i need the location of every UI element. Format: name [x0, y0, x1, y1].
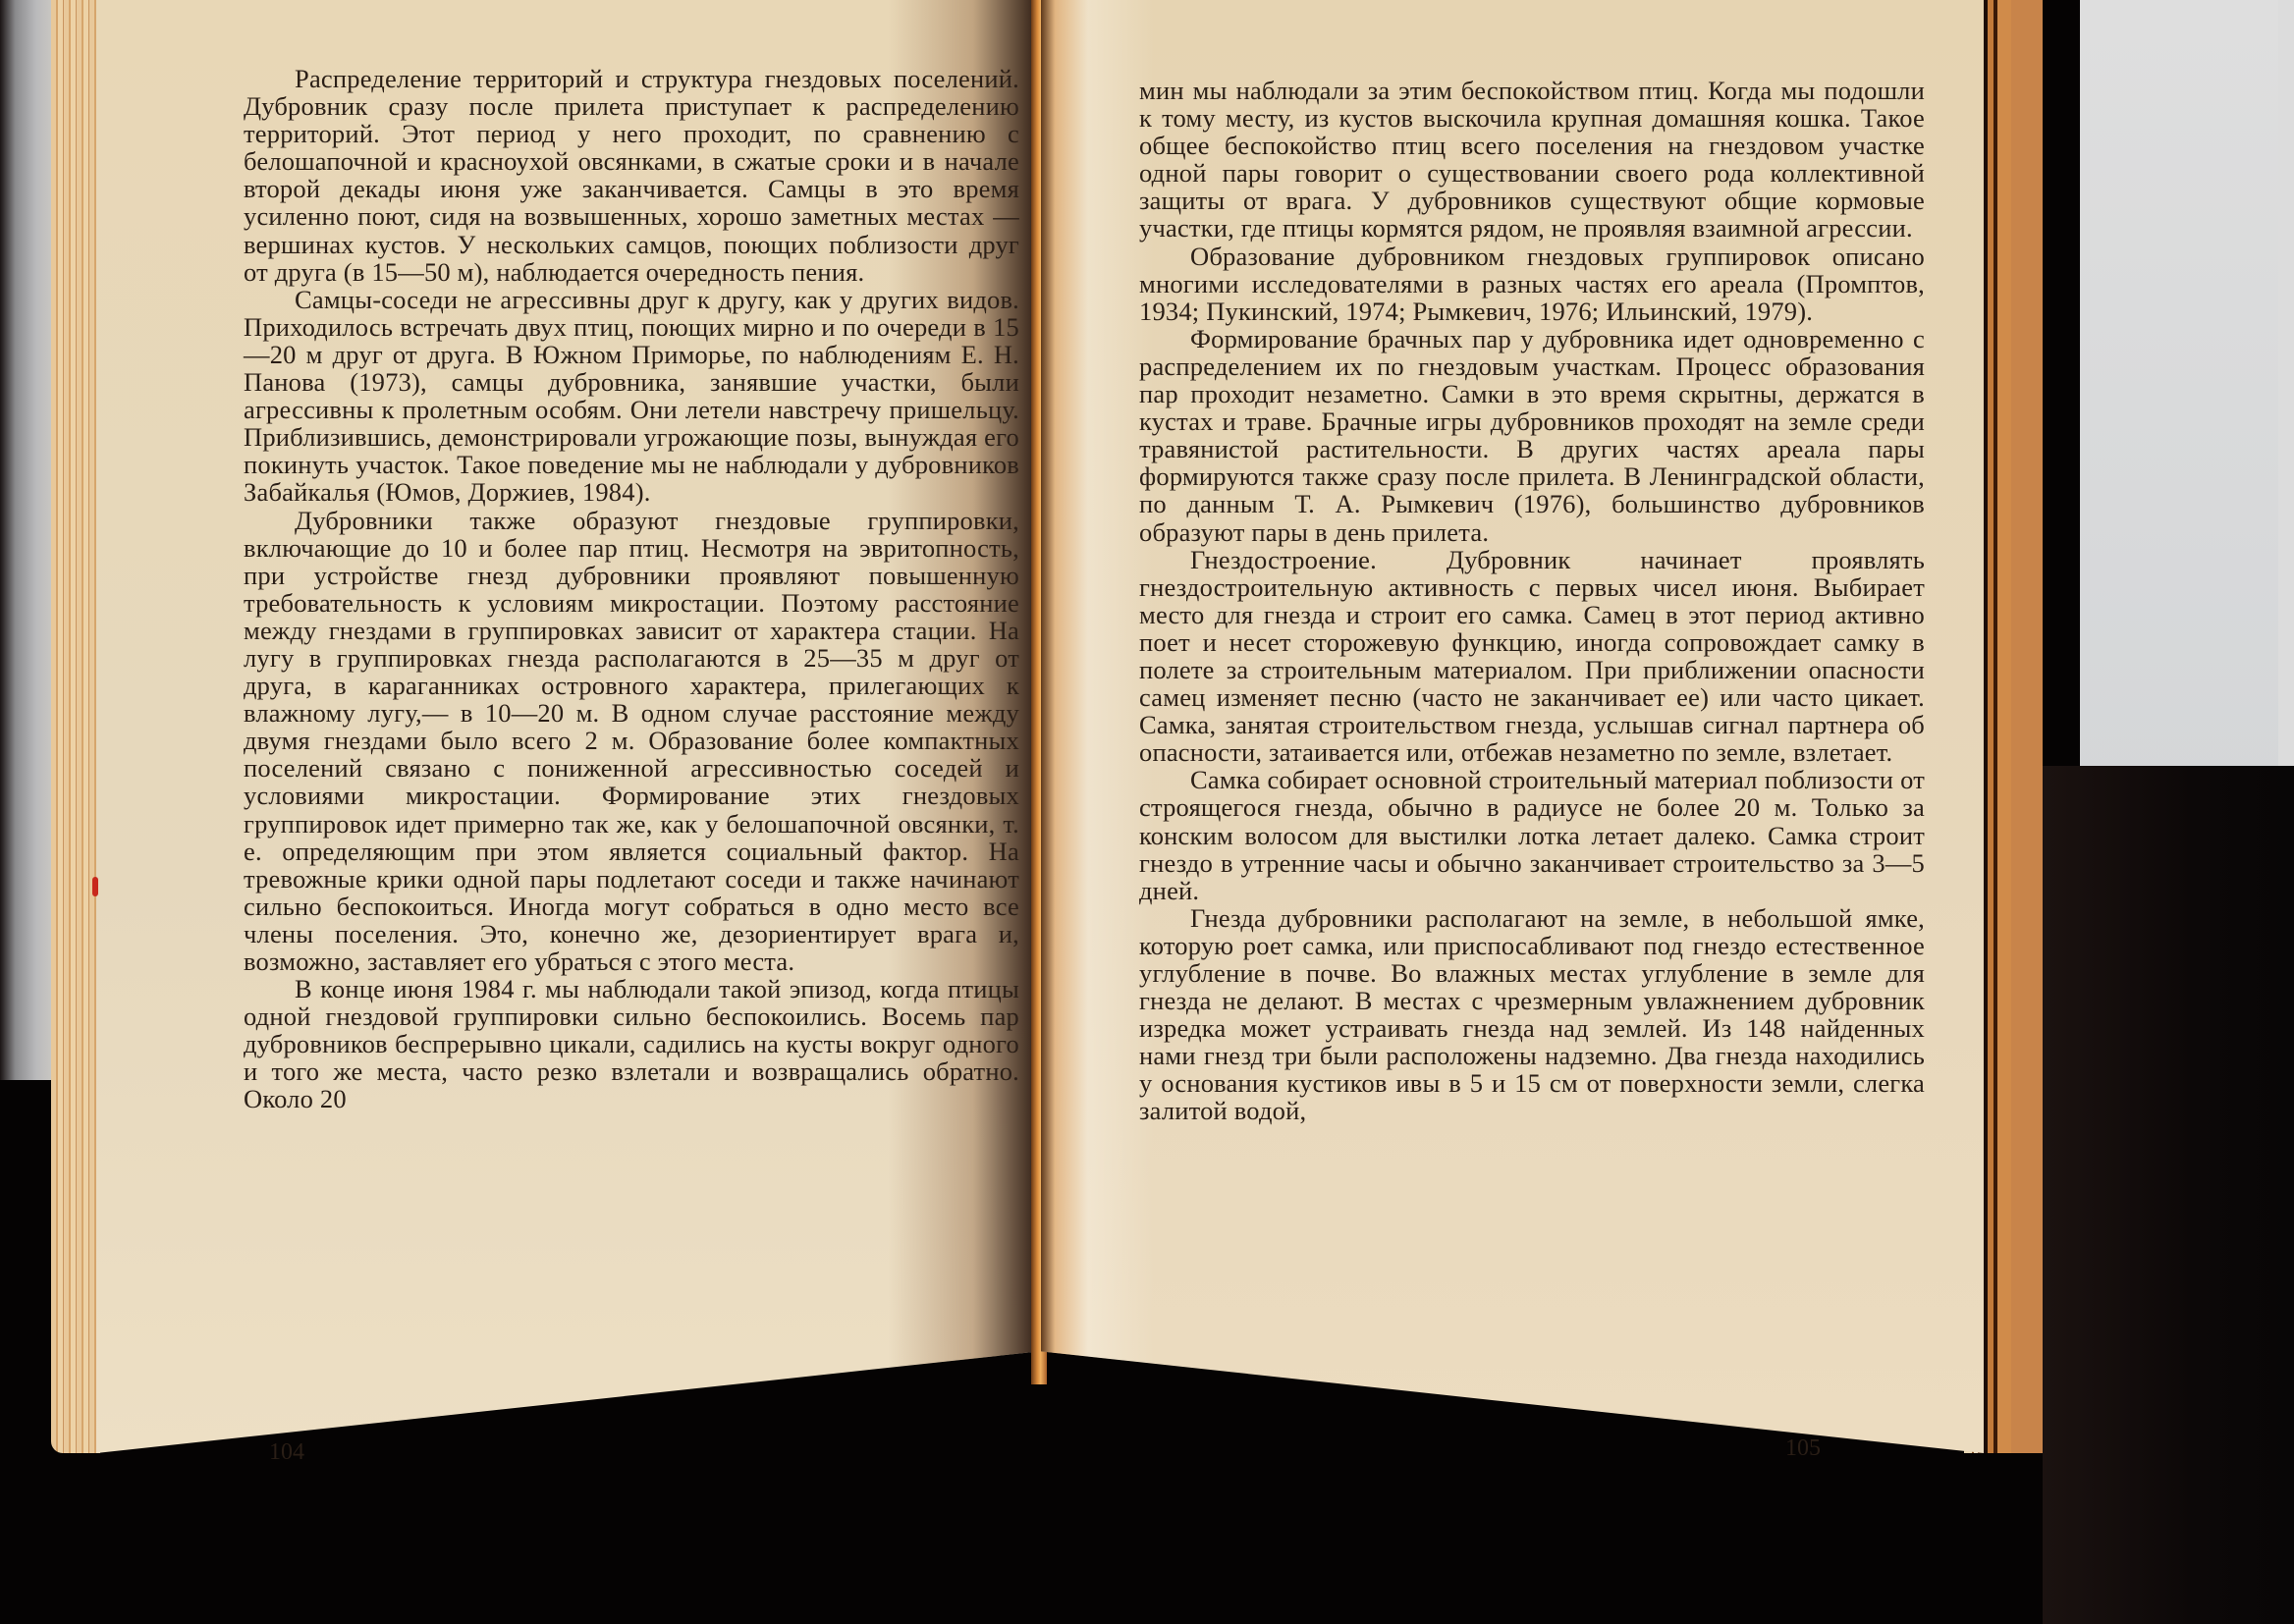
left-page-text: Распределение территорий и структура гне… — [244, 65, 1019, 1113]
left-page: Распределение территорий и структура гне… — [96, 0, 1039, 1453]
page-number-right: 105 — [1785, 1435, 1821, 1462]
paragraph: Формирование брачных пар у дубровника ид… — [1139, 325, 1925, 546]
right-page-text: мин мы наблюдали за этим беспокойством п… — [1139, 77, 1925, 1125]
book-shadow — [2043, 766, 2294, 1624]
right-page: мин мы наблюдали за этим беспокойством п… — [1041, 0, 1984, 1453]
red-ink-mark — [92, 877, 98, 896]
paragraph: Дубровники также образуют гнездовые груп… — [244, 507, 1019, 976]
paragraph: В конце июня 1984 г. мы наблюдали такой … — [244, 975, 1019, 1112]
paragraph: Распределение территорий и структура гне… — [244, 65, 1019, 286]
left-page-edges — [51, 0, 100, 1453]
backdrop-left — [0, 0, 51, 1080]
paragraph: Гнездостроение. Дубровник начинает прояв… — [1139, 546, 1925, 767]
paragraph: Самка собирает основной строительный мат… — [1139, 766, 1925, 903]
paragraph: Гнезда дубровники располагают на земле, … — [1139, 904, 1925, 1125]
paragraph: Самцы-соседи не агрессивны друг к другу,… — [244, 286, 1019, 507]
paragraph: Образование дубровником гнездовых группи… — [1139, 243, 1925, 325]
paragraph: мин мы наблюдали за этим беспокойством п… — [1139, 77, 1925, 243]
page-number-left: 104 — [269, 1439, 304, 1466]
